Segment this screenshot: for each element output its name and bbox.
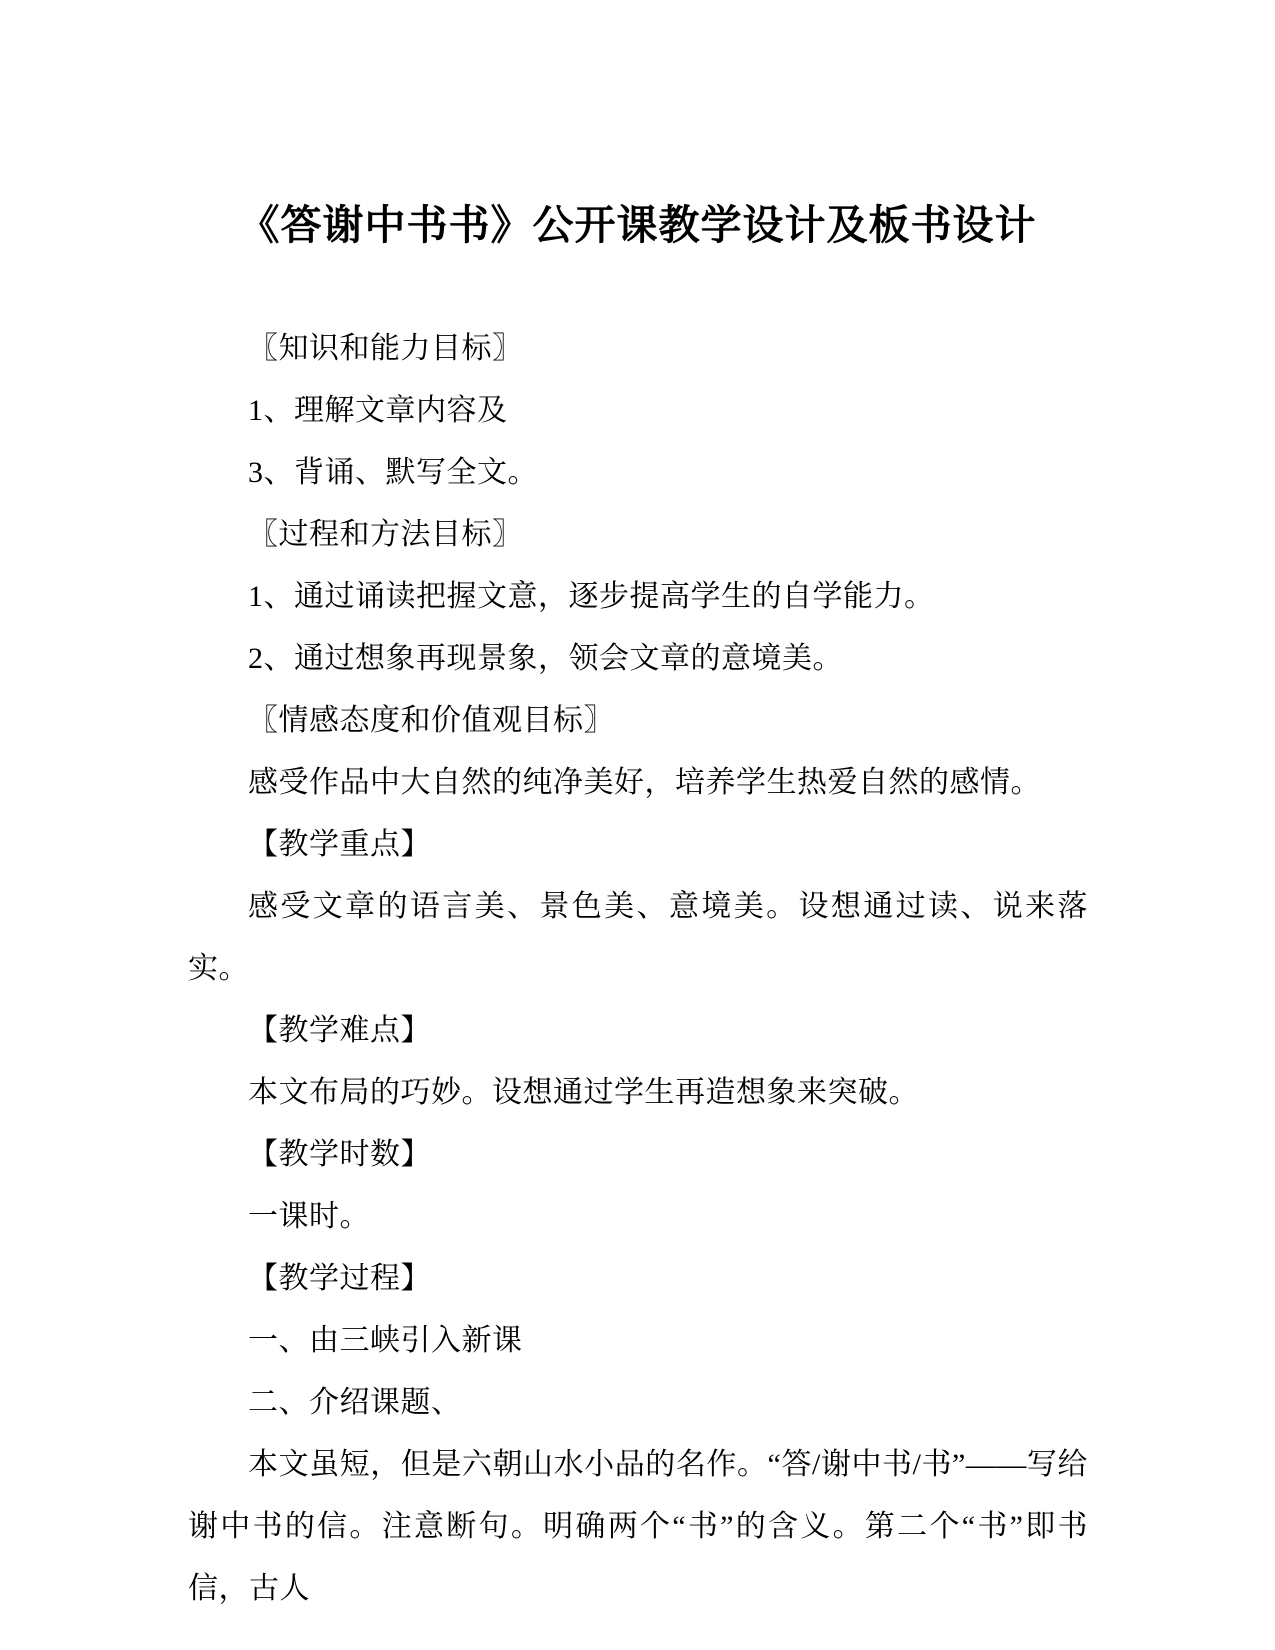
paragraph: 【教学时数】 bbox=[188, 1124, 1088, 1186]
paragraph: 3、背诵、默写全文。 bbox=[188, 442, 1088, 504]
paragraph: 〖情感态度和价值观目标〗 bbox=[188, 690, 1088, 752]
paragraph: 感受作品中大自然的纯净美好，培养学生热爱自然的感情。 bbox=[188, 752, 1088, 814]
paragraph: 【教学难点】 bbox=[188, 1000, 1088, 1062]
paragraph: 〖知识和能力目标〗 bbox=[188, 318, 1088, 380]
paragraph: 一课时。 bbox=[188, 1186, 1088, 1248]
paragraph: 感受文章的语言美、景色美、意境美。设想通过读、说来落实。 bbox=[188, 876, 1088, 1000]
paragraph: 1、通过诵读把握文意，逐步提高学生的自学能力。 bbox=[188, 566, 1088, 628]
document-body: 〖知识和能力目标〗1、理解文章内容及3、背诵、默写全文。〖过程和方法目标〗1、通… bbox=[188, 318, 1088, 1620]
paragraph: 本文布局的巧妙。设想通过学生再造想象来突破。 bbox=[188, 1062, 1088, 1124]
paragraph: 二、介绍课题、 bbox=[188, 1372, 1088, 1434]
paragraph: 1、理解文章内容及 bbox=[188, 380, 1088, 442]
paragraph: 【教学过程】 bbox=[188, 1248, 1088, 1310]
paragraph: 本文虽短，但是六朝山水小品的名作。“答/谢中书/书”——写给谢中书的信。注意断句… bbox=[188, 1434, 1088, 1620]
document-title: 《答谢中书书》公开课教学设计及板书设计 bbox=[0, 200, 1275, 250]
document-page: 《答谢中书书》公开课教学设计及板书设计 〖知识和能力目标〗1、理解文章内容及3、… bbox=[0, 0, 1275, 1650]
paragraph: 2、通过想象再现景象，领会文章的意境美。 bbox=[188, 628, 1088, 690]
paragraph: 【教学重点】 bbox=[188, 814, 1088, 876]
paragraph: 〖过程和方法目标〗 bbox=[188, 504, 1088, 566]
paragraph: 一、由三峡引入新课 bbox=[188, 1310, 1088, 1372]
